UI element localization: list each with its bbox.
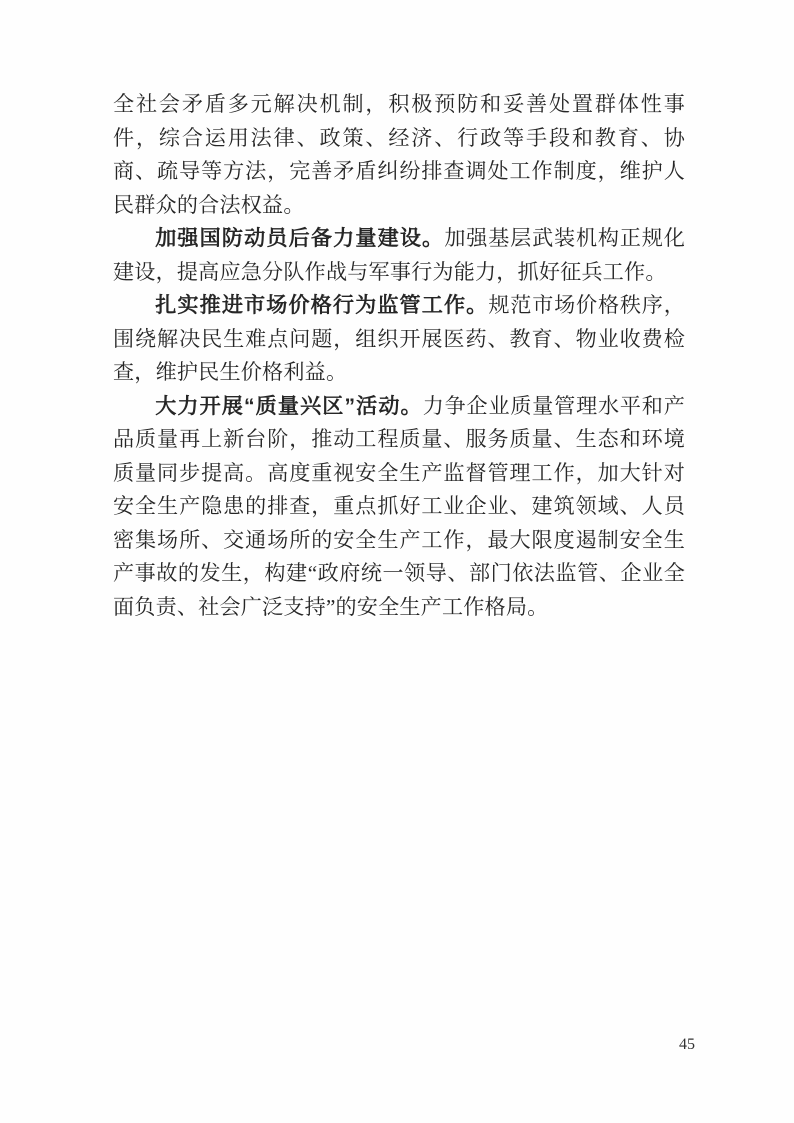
paragraph-lead-bold: 加强国防动员后备力量建设。 [155, 227, 444, 250]
paragraph: 大力开展“质量兴区”活动。力争企业质量管理水平和产品质量再上新台阶，推动工程质量… [113, 390, 685, 625]
paragraph: 全社会矛盾多元解决机制，积极预防和妥善处置群体性事件，综合运用法律、政策、经济、… [113, 88, 685, 222]
paragraph-text: 全社会矛盾多元解决机制，积极预防和妥善处置群体性事件，综合运用法律、政策、经济、… [113, 92, 685, 217]
document-page: { "page": { "number": "45", "paragraphs"… [0, 0, 794, 1123]
page-number: 45 [679, 1036, 695, 1054]
page-background: 全社会矛盾多元解决机制，积极预防和妥善处置群体性事件，综合运用法律、政策、经济、… [0, 0, 794, 1123]
paragraph: 扎实推进市场价格行为监管工作。规范市场价格秩序，围绕解决民生难点问题，组织开展医… [113, 289, 685, 390]
paragraph: 加强国防动员后备力量建设。加强基层武装机构正规化建设，提高应急分队作战与军事行为… [113, 222, 685, 289]
paragraph-lead-bold: 扎实推进市场价格行为监管工作。 [155, 294, 488, 317]
paragraph-text: 力争企业质量管理水平和产品质量再上新台阶，推动工程质量、服务质量、生态和环境质量… [113, 394, 685, 619]
paragraph-lead-bold: 大力开展“质量兴区”活动。 [155, 395, 423, 418]
text-block: 全社会矛盾多元解决机制，积极预防和妥善处置群体性事件，综合运用法律、政策、经济、… [113, 88, 685, 624]
